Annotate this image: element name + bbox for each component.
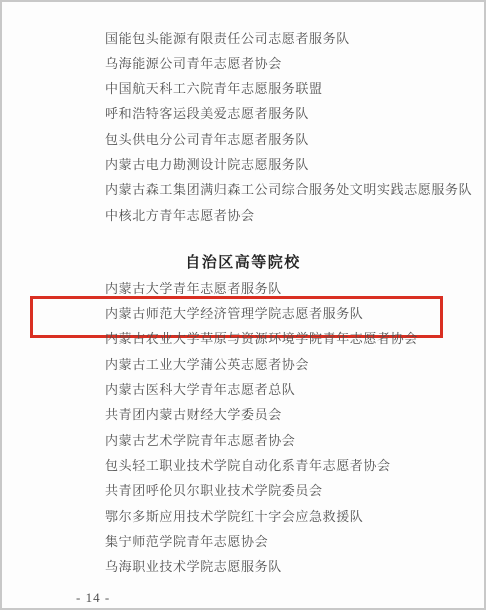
org-list-item: 中国航天科工六院青年志愿服务联盟 [2, 76, 484, 101]
org-name: 中国航天科工六院青年志愿服务联盟 [105, 81, 323, 96]
org-name: 内蒙古农业大学草原与资源环境学院青年志愿者协会 [105, 331, 418, 346]
org-name: 内蒙古森工集团满归森工公司综合服务处文明实践志愿服务队 [105, 182, 472, 197]
org-list-item: 共青团呼伦贝尔职业技术学院委员会 [2, 478, 484, 503]
org-list-item: 集宁师范学院青年志愿协会 [2, 529, 484, 554]
org-list-item: 内蒙古艺术学院青年志愿者协会 [2, 428, 484, 453]
org-list-item: 内蒙古师范大学经济管理学院志愿者服务队 [2, 301, 484, 326]
org-list-item: 内蒙古森工集团满归森工公司综合服务处文明实践志愿服务队 [2, 177, 484, 202]
org-list-item: 内蒙古大学青年志愿者服务队 [2, 276, 484, 301]
org-name: 包头供电分公司青年志愿者服务队 [105, 132, 309, 147]
document-page: 国能包头能源有限责任公司志愿者服务队 乌海能源公司青年志愿者协会 中国航天科工六… [0, 0, 486, 610]
org-name: 中核北方青年志愿者协会 [105, 208, 255, 223]
org-name: 国能包头能源有限责任公司志愿者服务队 [105, 31, 350, 46]
org-list-item: 乌海能源公司青年志愿者协会 [2, 51, 484, 76]
section-heading: 自治区高等院校 [2, 250, 484, 276]
org-name: 内蒙古医科大学青年志愿者总队 [105, 382, 295, 397]
org-list-item: 中核北方青年志愿者协会 [2, 203, 484, 228]
org-list-item: 乌海职业技术学院志愿服务队 [2, 554, 484, 579]
org-list-item: 鄂尔多斯应用技术学院红十字会应急救援队 [2, 504, 484, 529]
org-name: 呼和浩特客运段美爱志愿者服务队 [105, 106, 309, 121]
enterprise-org-list: 国能包头能源有限责任公司志愿者服务队 乌海能源公司青年志愿者协会 中国航天科工六… [2, 26, 484, 228]
org-list-item: 共青团内蒙古财经大学委员会 [2, 402, 484, 427]
org-name: 内蒙古艺术学院青年志愿者协会 [105, 433, 295, 448]
org-name: 内蒙古师范大学经济管理学院志愿者服务队 [105, 306, 363, 321]
org-name: 乌海职业技术学院志愿服务队 [105, 559, 282, 574]
org-list-item: 内蒙古工业大学蒲公英志愿者协会 [2, 352, 484, 377]
org-name: 内蒙古大学青年志愿者服务队 [105, 281, 282, 296]
org-name: 包头轻工职业技术学院自动化系青年志愿者协会 [105, 458, 391, 473]
org-list-item: 包头轻工职业技术学院自动化系青年志愿者协会 [2, 453, 484, 478]
org-name: 内蒙古电力勘测设计院志愿服务队 [105, 157, 309, 172]
org-name: 共青团呼伦贝尔职业技术学院委员会 [105, 483, 323, 498]
org-list-item: 包头供电分公司青年志愿者服务队 [2, 127, 484, 152]
page-number: - 14 - [76, 590, 110, 606]
org-name: 乌海能源公司青年志愿者协会 [105, 56, 282, 71]
org-name: 集宁师范学院青年志愿协会 [105, 534, 268, 549]
university-org-list: 内蒙古大学青年志愿者服务队 内蒙古师范大学经济管理学院志愿者服务队 内蒙古农业大… [2, 276, 484, 580]
page-content: 国能包头能源有限责任公司志愿者服务队 乌海能源公司青年志愿者协会 中国航天科工六… [2, 2, 484, 579]
org-list-item: 国能包头能源有限责任公司志愿者服务队 [2, 26, 484, 51]
org-list-item: 内蒙古电力勘测设计院志愿服务队 [2, 152, 484, 177]
org-name: 鄂尔多斯应用技术学院红十字会应急救援队 [105, 509, 363, 524]
org-list-item: 内蒙古医科大学青年志愿者总队 [2, 377, 484, 402]
org-name: 内蒙古工业大学蒲公英志愿者协会 [105, 357, 309, 372]
org-list-item: 内蒙古农业大学草原与资源环境学院青年志愿者协会 [2, 326, 484, 351]
org-list-item: 呼和浩特客运段美爱志愿者服务队 [2, 101, 484, 126]
org-name: 共青团内蒙古财经大学委员会 [105, 407, 282, 422]
